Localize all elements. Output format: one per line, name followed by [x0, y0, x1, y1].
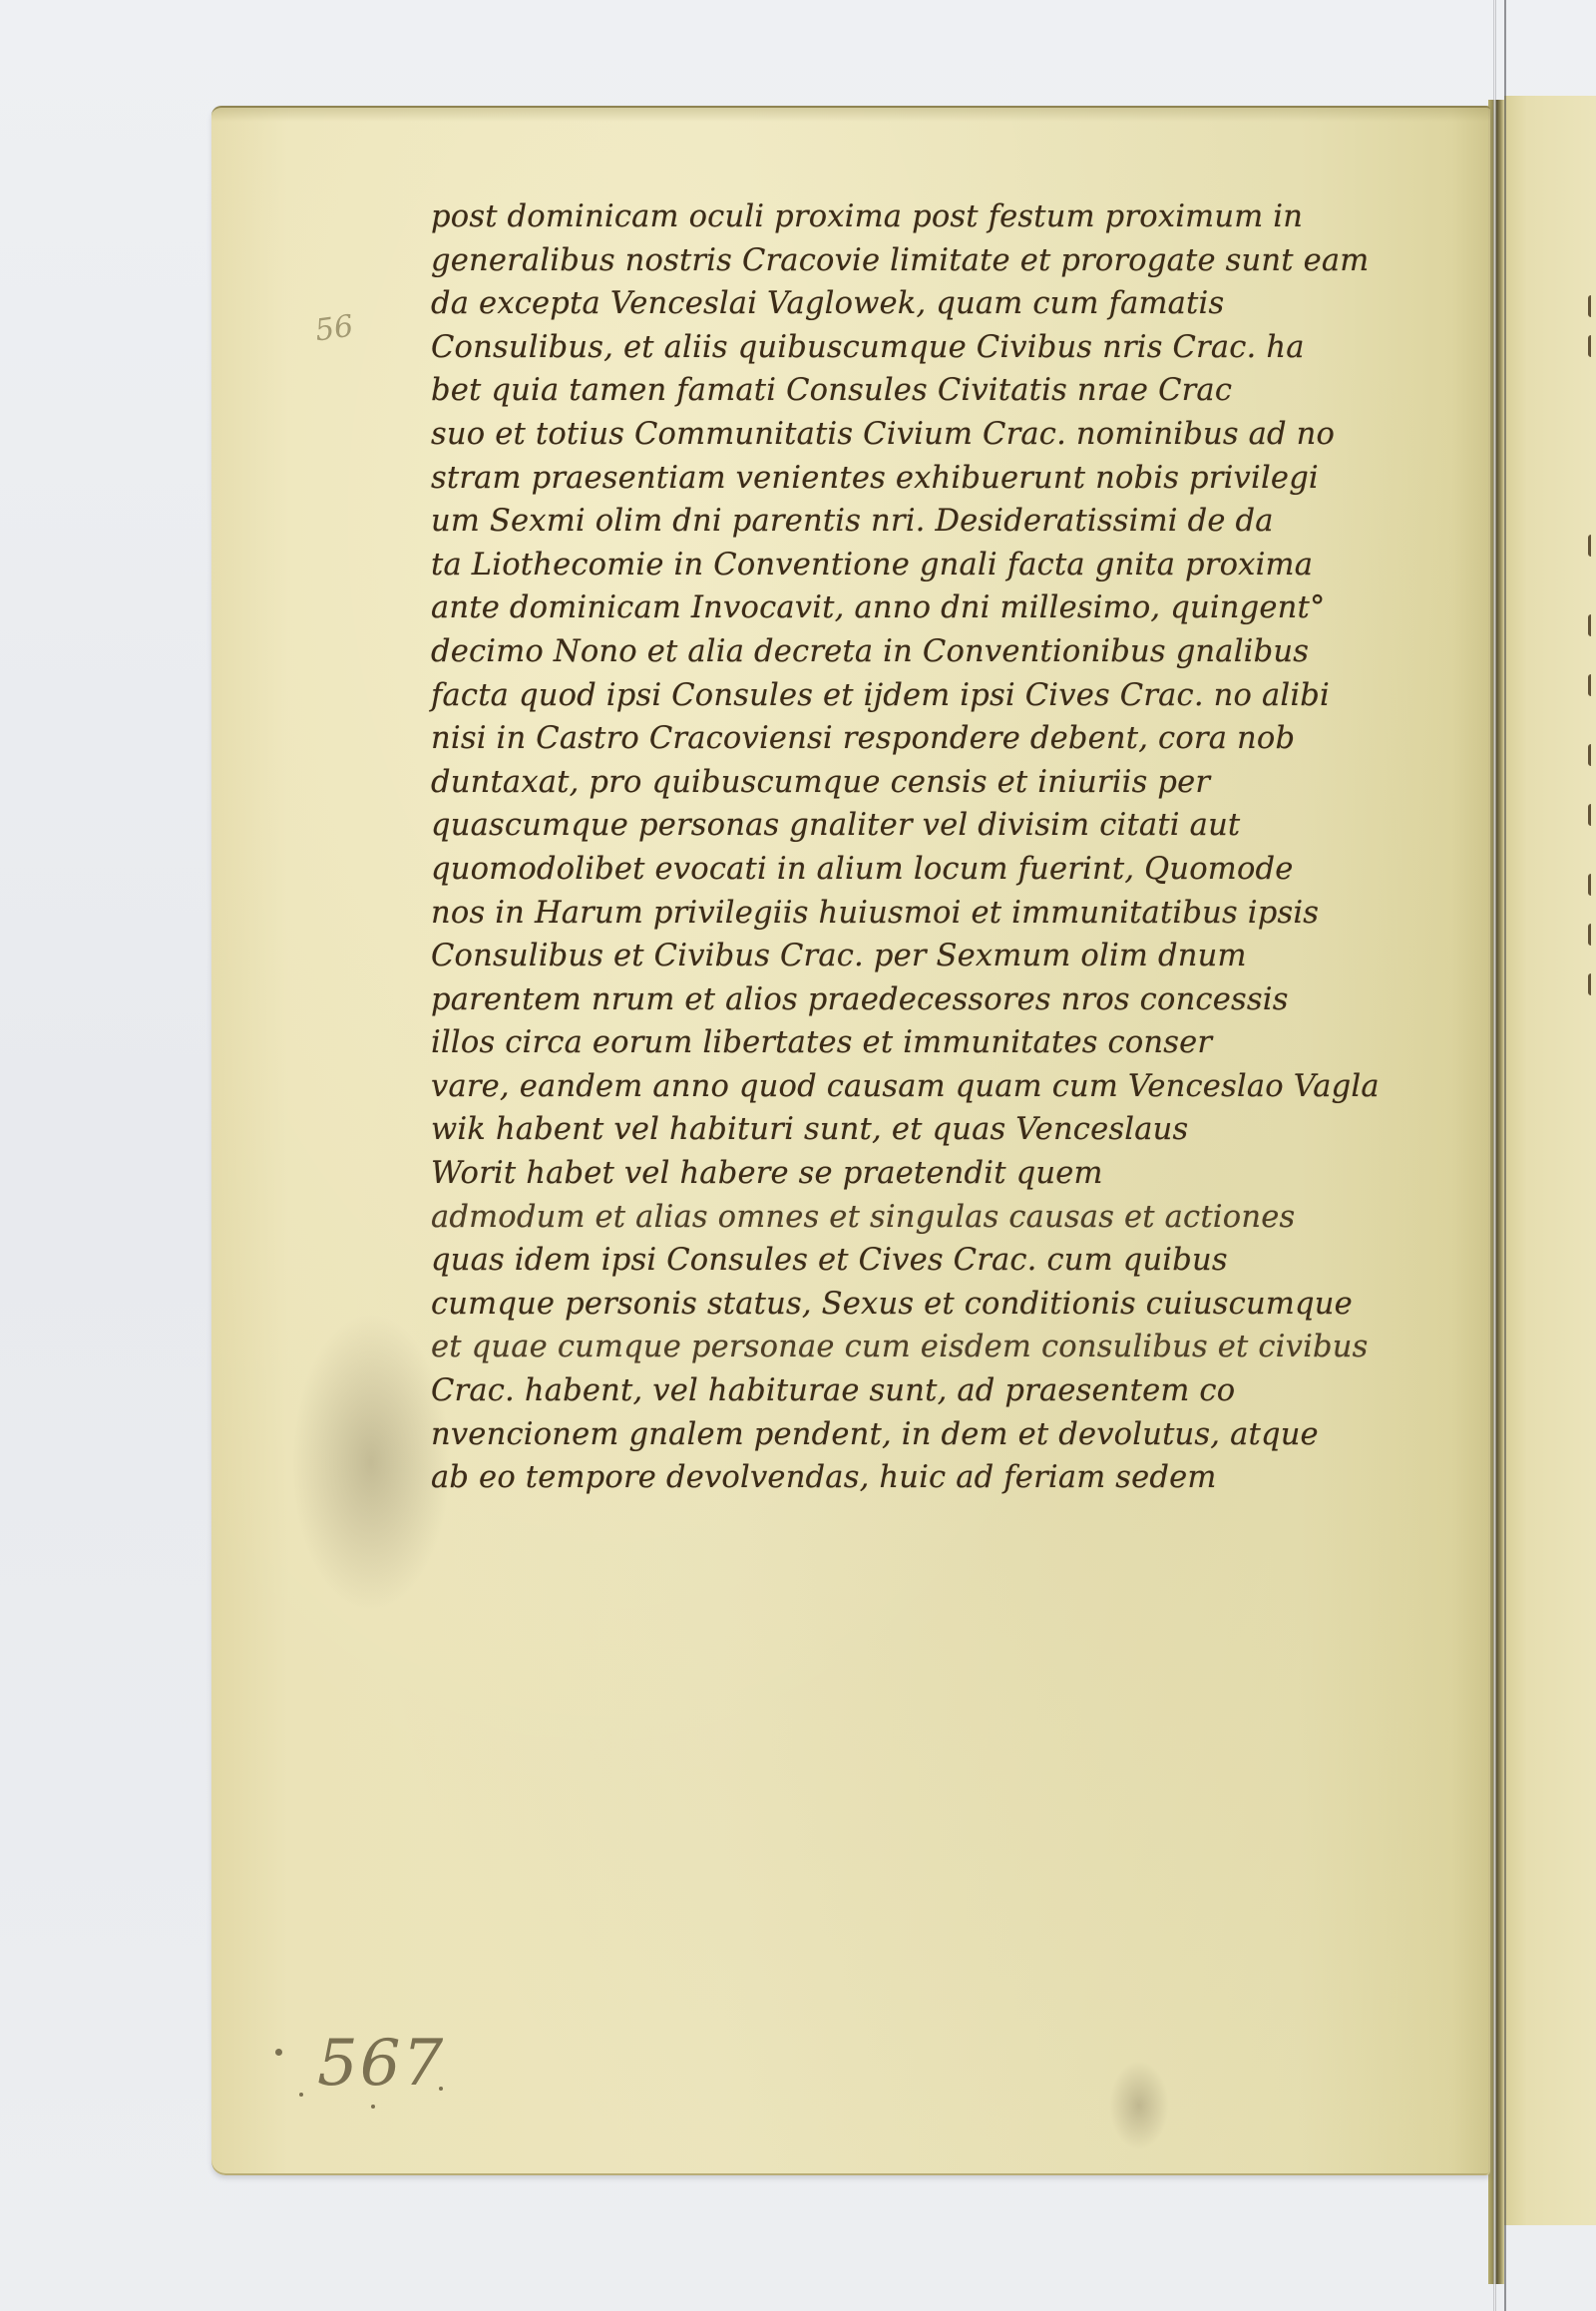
text-line: nvencionem gnalem pendent, in dem et dev… — [431, 1413, 1389, 1457]
manuscript-text-block: post dominicam oculi proxima post festum… — [431, 195, 1403, 1500]
text-line: quascumque personas gnaliter vel divisim… — [431, 804, 1389, 848]
text-line: um Sexmi olim dni parentis nri. Desidera… — [431, 500, 1389, 544]
text-line: ab eo tempore devolvendas, huic ad feria… — [431, 1456, 1389, 1500]
text-line: Worit habet vel habere se praetendit que… — [431, 1152, 1389, 1196]
text-line: generalibus nostris Cracovie limitate et… — [431, 239, 1389, 283]
manuscript-scan: 56 post dominicam oculi proxima post fes… — [0, 0, 1596, 2311]
text-line: post dominicam oculi proxima post festum… — [431, 195, 1389, 239]
water-stain — [291, 1313, 451, 1612]
text-line: ante dominicam Invocavit, anno dni mille… — [431, 586, 1389, 630]
text-line: quas idem ipsi Consules et Cives Crac. c… — [431, 1239, 1389, 1283]
facing-page-recto — [1504, 96, 1596, 2225]
ink-dot — [439, 2087, 443, 2091]
text-line: vare, eandem anno quod causam quam cum V… — [431, 1065, 1389, 1109]
text-line: Consulibus, et aliis quibuscumque Civibu… — [431, 326, 1389, 370]
text-line: decimo Nono et alia decreta in Conventio… — [431, 630, 1389, 674]
glass-plate-shadow — [1504, 0, 1506, 2311]
text-line: facta quod ipsi Consules et ijdem ipsi C… — [431, 674, 1389, 718]
text-line: stram praesentiam venientes exhibuerunt … — [431, 457, 1389, 501]
text-line: parentem nrum et alios praedecessores nr… — [431, 978, 1389, 1022]
ink-dot — [371, 2105, 375, 2109]
glass-plate-edge — [1493, 0, 1496, 2311]
ink-smudge — [1109, 2061, 1169, 2150]
text-line: nos in Harum privilegiis huiusmoi et imm… — [431, 892, 1389, 936]
text-line: cumque personis status, Sexus et conditi… — [431, 1283, 1389, 1327]
text-line: da excepta Venceslai Vaglowek, quam cum … — [431, 282, 1389, 326]
text-line: duntaxat, pro quibuscumque censis et ini… — [431, 761, 1389, 805]
marginal-note: 56 — [313, 309, 356, 349]
ink-dot — [299, 2093, 303, 2097]
text-line: suo et totius Communitatis Civium Crac. … — [431, 413, 1389, 457]
text-line: illos circa eorum libertates et immunita… — [431, 1021, 1389, 1065]
text-line: quomodolibet evocati in alium locum fuer… — [431, 848, 1389, 892]
text-line: bet quia tamen famati Consules Civitatis… — [431, 369, 1389, 413]
folio-number: 567 — [317, 2027, 445, 2101]
binding-gutter — [1488, 100, 1504, 2284]
facing-page-text-fragments — [1584, 275, 1596, 1173]
text-line: wik habent vel habituri sunt, et quas Ve… — [431, 1108, 1389, 1152]
ink-dot — [275, 2049, 282, 2056]
text-line: et quae cumque personae cum eisdem consu… — [431, 1326, 1389, 1369]
text-line: Crac. habent, vel habiturae sunt, ad pra… — [431, 1369, 1389, 1413]
text-line: admodum et alias omnes et singulas causa… — [431, 1196, 1389, 1240]
text-line: ta Liothecomie in Conventione gnali fact… — [431, 544, 1389, 587]
text-line: nisi in Castro Cracoviensi respondere de… — [431, 717, 1389, 761]
text-line: Consulibus et Civibus Crac. per Sexmum o… — [431, 935, 1389, 978]
